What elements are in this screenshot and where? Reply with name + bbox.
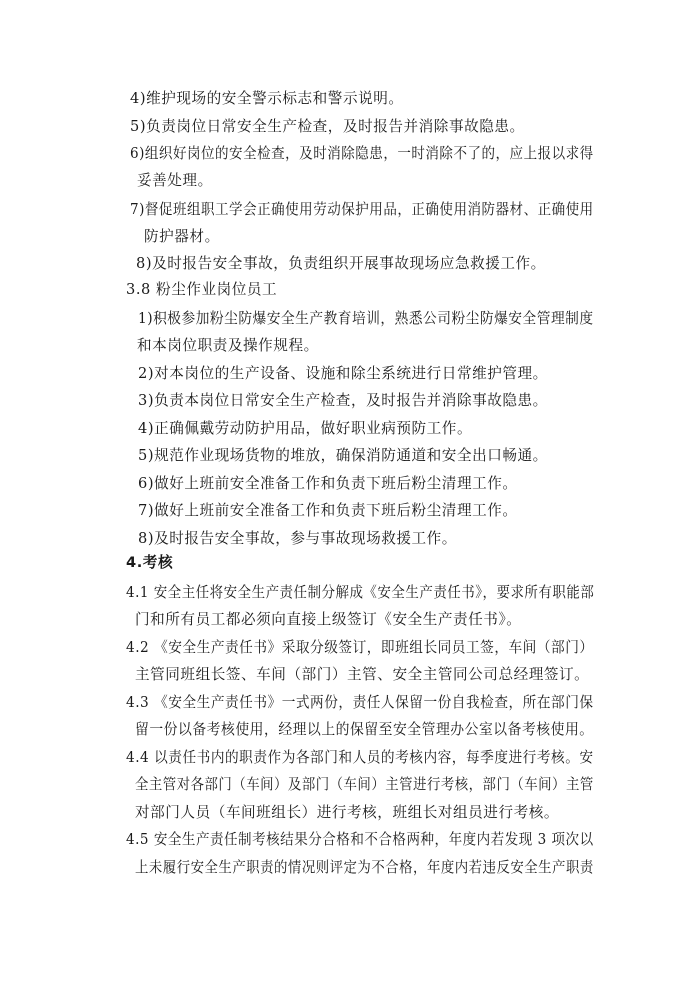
text-line: 4)正确佩戴劳动防护用品，做好职业病预防工作。 [138,419,472,439]
text-line: 4)维护现场的安全警示标志和警示说明。 [130,89,404,109]
text-line: 上未履行安全生产职责的情况则评定为不合格，年度内若违反安全生产职责 [135,858,594,878]
text-line: 2)对本岗位的生产设备、设施和除尘系统进行日常维护管理。 [138,364,548,384]
text-line: 3.8 粉尘作业岗位员工 [126,280,277,300]
text-line: 留一份以备考核使用，经理以上的保留至安全管理办公室以备考核使用。 [135,720,594,740]
document-page: 4)维护现场的安全警示标志和警示说明。5)负责岗位日常安全生产检查，及时报告并消… [0,0,700,990]
text-line: 全主管对各部门（车间）及部门（车间）主管进行考核，部门（车间）主管 [135,775,594,795]
text-line: 5)规范作业现场货物的堆放，确保消防通道和安全出口畅通。 [138,446,548,466]
text-line: 5)负责岗位日常安全生产检查，及时报告并消除事故隐患。 [130,117,525,137]
text-line: 对部门人员（车间班组长）进行考核，班组长对组员进行考核。 [135,803,559,823]
text-line: 4.3 《安全生产责任书》一式两份，责任人保留一份自我检查，所在部门保 [126,693,594,713]
text-line: 主管同班组长签、车间（部门）主管、安全主管同公司总经理签订。 [135,665,589,685]
text-line: 妥善处理。 [137,171,213,191]
text-line: 7)督促班组职工学会正确使用劳动保护用品，正确使用消防器材、正确使用 [130,200,594,220]
text-line: 8)及时报告安全事故，负责组织开展事故现场应急救援工作。 [136,254,546,274]
text-line: 4.1 安全主任将安全生产责任制分解成《安全生产责任书》，要求所有职能部 [126,583,594,603]
text-line: 4.5 安全生产责任制考核结果分合格和不合格两种，年度内若发现 3 项次以 [126,830,594,850]
text-line: 6)组织好岗位的安全检查，及时消除隐患，一时消除不了的，应上报以求得 [130,144,594,164]
text-line: 1)积极参加粉尘防爆安全生产教育培训，熟悉公司粉尘防爆安全管理制度 [138,309,594,329]
text-line: 3)负责本岗位日常安全生产检查，及时报告并消除事故隐患。 [138,391,548,411]
text-line: 4.4 以责任书内的职责作为各部门和人员的考核内容，每季度进行考核。安 [126,748,594,768]
text-line: 7)做好上班前安全准备工作和负责下班后粉尘清理工作。 [138,501,518,521]
text-line: 8)及时报告安全事故，参与事故现场救援工作。 [138,529,457,549]
text-line: 4.2 《安全生产责任书》采取分级签订，即班组长同员工签，车间（部门） [126,638,594,658]
section-heading: 4.考核 [126,553,173,573]
text-line: 和本岗位职责及操作规程。 [137,336,319,356]
text-line: 门和所有员工都必须向直接上级签订《安全生产责任书》。 [135,610,521,630]
text-line: 防护器材。 [144,227,220,247]
text-line: 6)做好上班前安全准备工作和负责下班后粉尘清理工作。 [138,474,518,494]
